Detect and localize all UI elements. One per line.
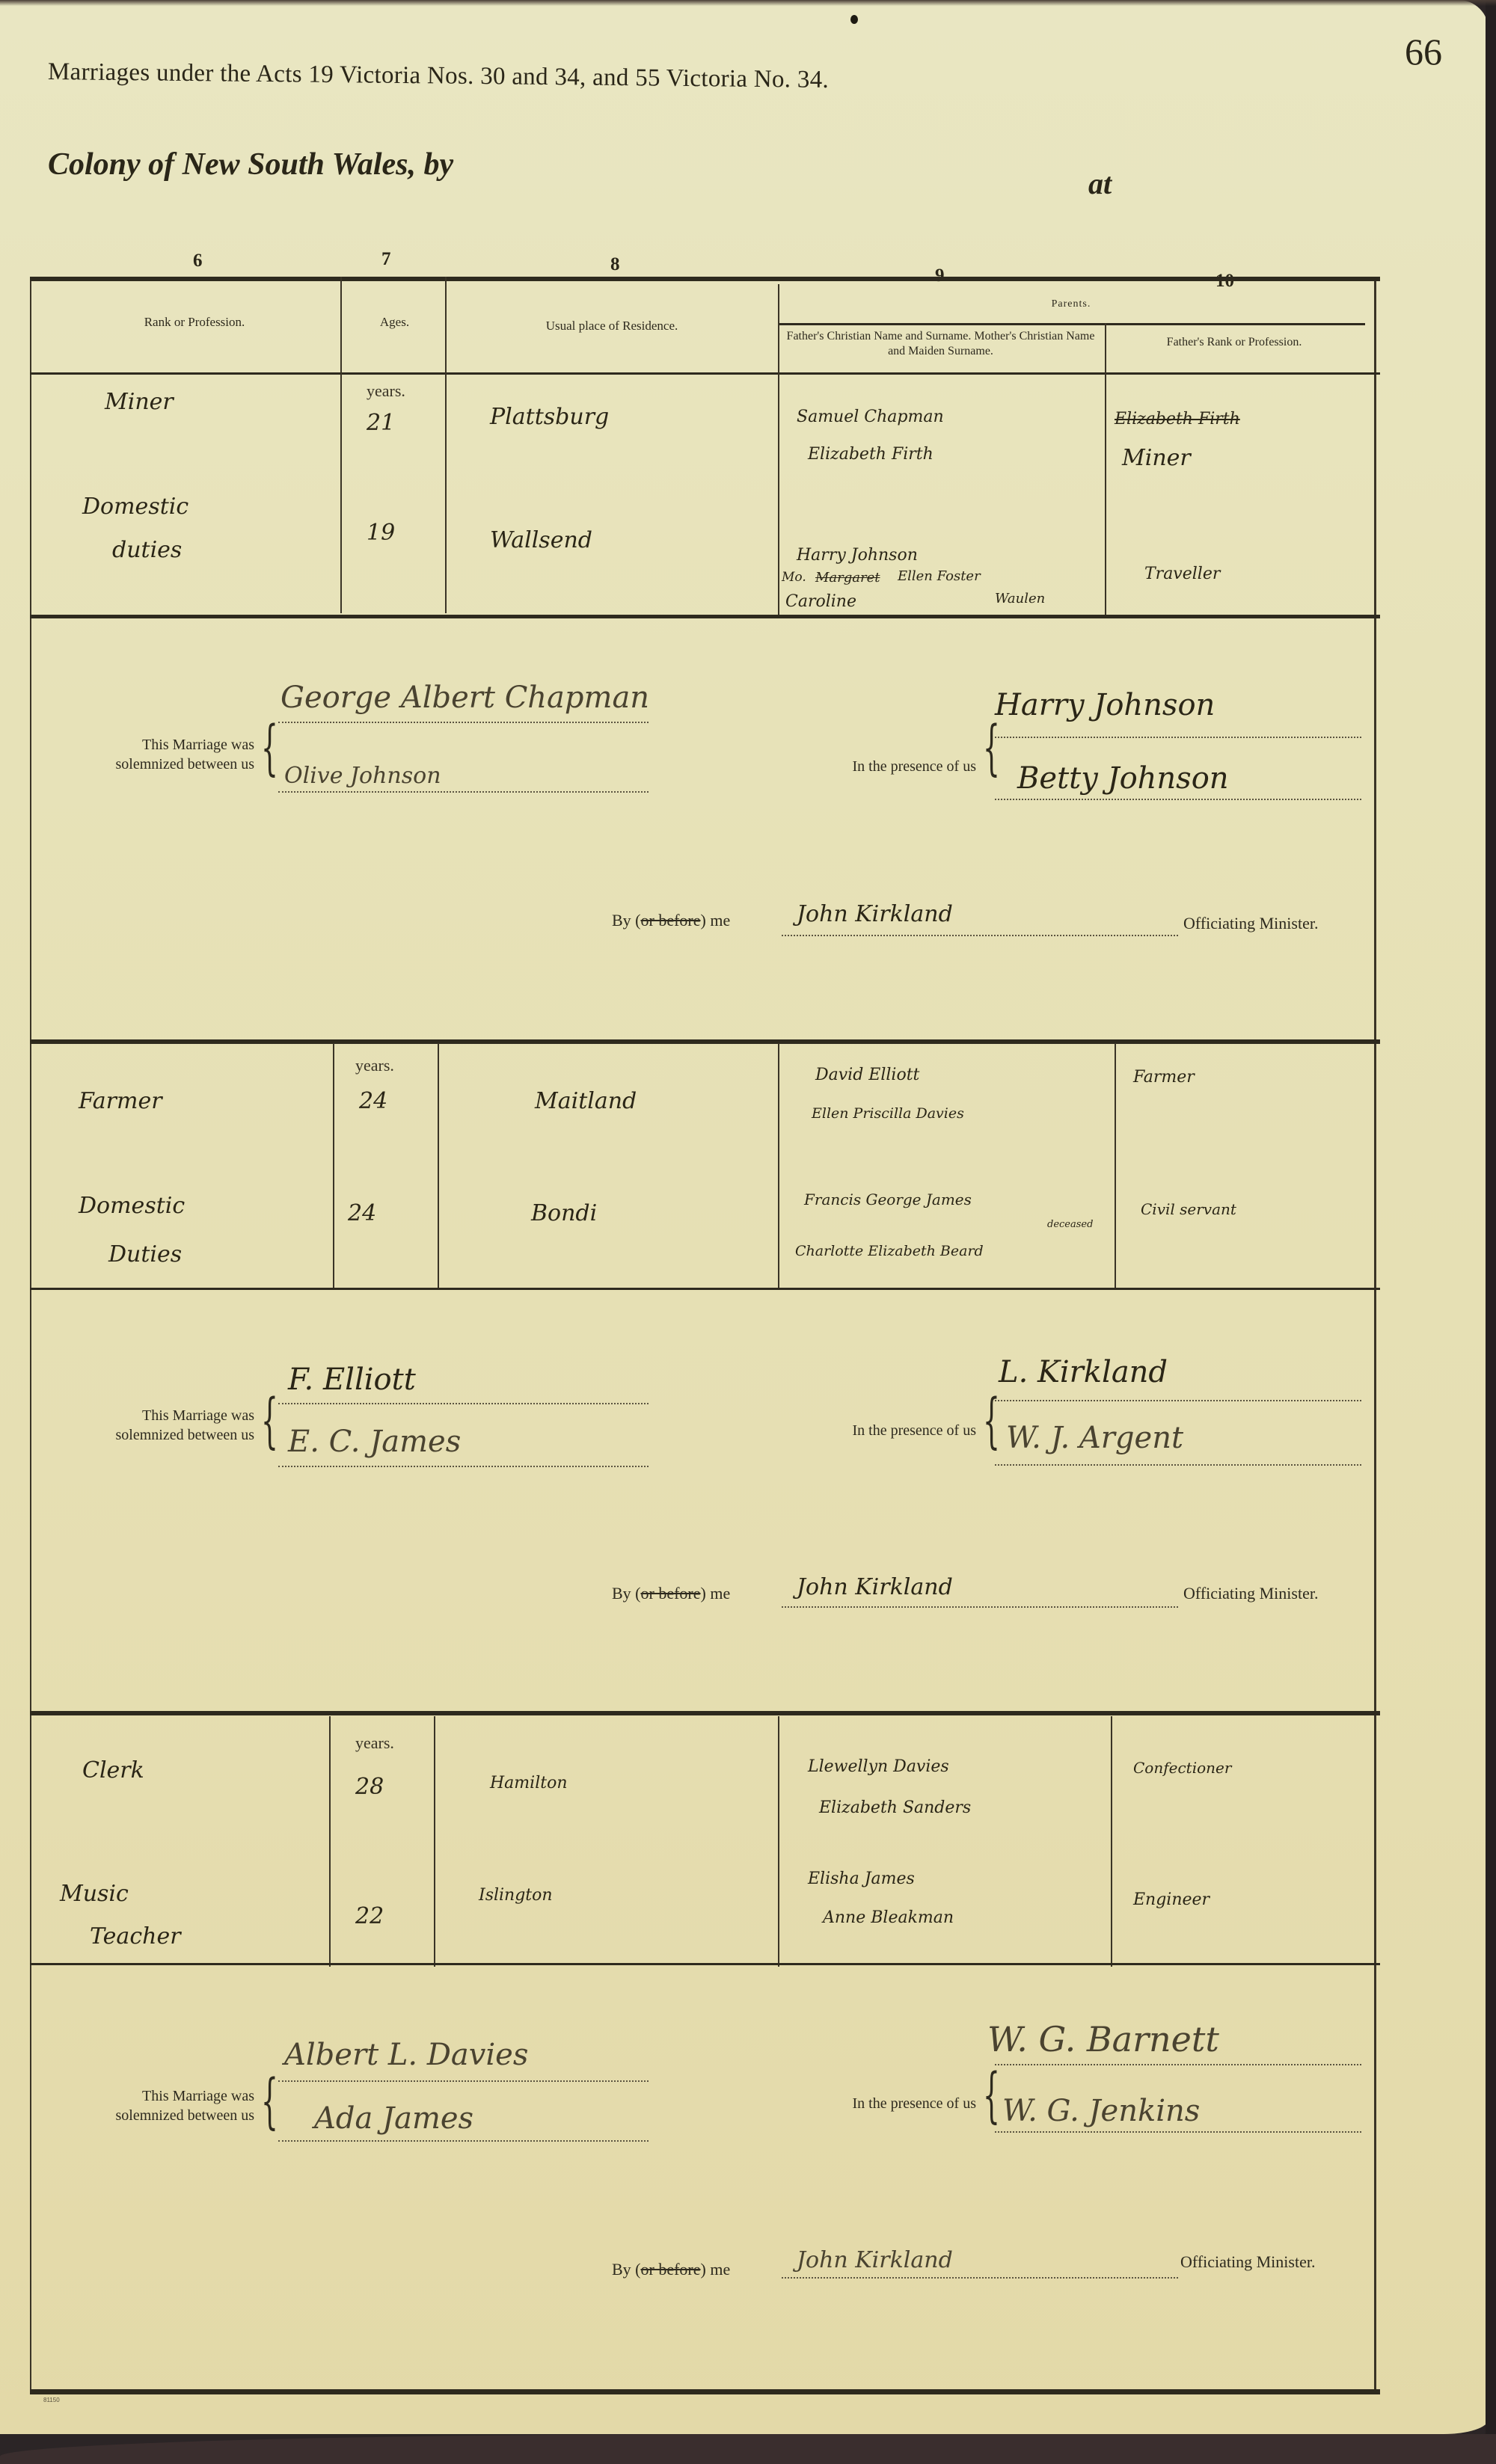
groom-signature: Albert L. Davies	[284, 2038, 528, 2072]
bride-mother-struck: Margaret	[815, 570, 880, 586]
column-divider	[333, 1043, 334, 1290]
witness-2-signature: Betty Johnson	[1017, 761, 1229, 796]
bride-age: 22	[355, 1903, 384, 1929]
column-divider	[778, 284, 779, 617]
header-residence: Usual place of Residence.	[447, 318, 776, 334]
brace-icon: {	[983, 2065, 1000, 2125]
by-prefix: By (	[612, 1584, 641, 1603]
bride-age: 24	[348, 1200, 376, 1226]
signature-line	[278, 1403, 649, 1404]
column-divider	[445, 277, 447, 613]
header-rank-profession: Rank or Profession.	[45, 314, 344, 330]
groom-father-profession: Farmer	[1133, 1068, 1195, 1087]
witness-1-signature: W. G. Barnett	[987, 2019, 1219, 2059]
minister-signature: John Kirkland	[797, 901, 953, 927]
solemnized-label-line1: This Marriage was	[30, 1406, 254, 1425]
entry-divider	[30, 1288, 1380, 1290]
or-before-struck: or before	[641, 2260, 701, 2279]
header-father-profession: Father's Rank or Profession.	[1107, 335, 1361, 350]
at-label: at	[1088, 166, 1112, 201]
bride-father-profession: Traveller	[1144, 565, 1220, 583]
bride-age: 19	[367, 520, 395, 546]
signature-line	[782, 935, 1178, 936]
solemnized-label-line1: This Marriage was	[30, 735, 254, 755]
bride-mother-line1: Ellen Foster	[898, 568, 981, 584]
header-bottom-rule	[30, 372, 1380, 375]
by-suffix: ) me	[701, 911, 731, 930]
register-frame	[30, 277, 1376, 2393]
bride-father-name: Elisha James	[808, 1869, 915, 1888]
officiating-minister-label: Officiating Minister.	[1183, 914, 1318, 933]
bride-mother-line2: Caroline	[785, 592, 856, 611]
groom-profession: Miner	[105, 389, 174, 415]
bride-father-name: Harry Johnson	[797, 546, 918, 565]
register-title: Marriages under the Acts 19 Victoria Nos…	[48, 58, 829, 94]
signature-line	[278, 722, 649, 723]
signature-line	[278, 2080, 649, 2082]
bride-residence: Bondi	[531, 1200, 597, 1226]
bride-father-profession: Civil servant	[1141, 1200, 1236, 1218]
header-parents: Parents.	[779, 298, 1363, 311]
years-label: years.	[355, 1056, 394, 1075]
signature-line	[278, 1466, 649, 1467]
bride-signature: Olive Johnson	[284, 763, 441, 789]
column-divider	[329, 1716, 331, 1967]
by-me-label: By (or before) me	[612, 2260, 730, 2279]
solemnized-label-line1: This Marriage was	[30, 2086, 254, 2106]
book-spine-shadow	[1486, 0, 1496, 2464]
by-me-label: By (or before) me	[612, 1584, 730, 1603]
groom-age: 21	[367, 410, 395, 436]
by-prefix: By (	[612, 2260, 641, 2279]
bride-signature: E. C. James	[288, 1425, 461, 1459]
entry-divider	[30, 1963, 1380, 1965]
bride-profession-line2: duties	[112, 537, 182, 563]
presence-label: In the presence of us	[755, 2094, 976, 2113]
groom-profession: Clerk	[82, 1757, 144, 1784]
witness-1-signature: Harry Johnson	[995, 688, 1215, 722]
solemnized-label: This Marriage was solemnized between us	[30, 735, 254, 774]
column-divider	[778, 1043, 779, 1290]
years-label: years.	[367, 381, 405, 401]
groom-age: 24	[359, 1088, 387, 1114]
column-divider	[340, 277, 342, 613]
bride-father-note: deceased	[1047, 1219, 1093, 1230]
groom-profession: Farmer	[79, 1088, 162, 1114]
ink-dot	[850, 15, 858, 24]
column-number-6: 6	[193, 251, 203, 271]
groom-mother-name: Elizabeth Firth	[808, 445, 934, 464]
printer-mark: 81150	[43, 2397, 60, 2403]
solemnized-label: This Marriage was solemnized between us	[30, 1406, 254, 1445]
witness-1-signature: L. Kirkland	[999, 1355, 1168, 1389]
minister-signature: John Kirkland	[797, 2247, 953, 2273]
column-divider	[1111, 1716, 1112, 1967]
bride-profession-line1: Domestic	[79, 1193, 185, 1219]
presence-label: In the presence of us	[755, 1421, 976, 1440]
brace-icon: {	[261, 1391, 278, 1451]
minister-signature: John Kirkland	[797, 1574, 953, 1600]
signature-line	[995, 2064, 1361, 2065]
bride-profession-line1: Music	[60, 1881, 129, 1907]
header-parents-names: Father's Christian Name and Surname. Mot…	[782, 329, 1100, 359]
column-number-8: 8	[610, 254, 620, 275]
groom-mother-name: Ellen Priscilla Davies	[812, 1105, 964, 1122]
by-suffix: ) me	[701, 2260, 731, 2279]
brace-icon: {	[983, 718, 1000, 778]
bride-father-profession: Engineer	[1133, 1890, 1210, 1909]
or-before-struck: or before	[641, 911, 701, 930]
or-before-struck: or before	[641, 1584, 701, 1603]
groom-mother-name: Elizabeth Sanders	[819, 1798, 971, 1817]
groom-residence: Hamilton	[490, 1774, 568, 1792]
groom-father-profession-struck: Elizabeth Firth	[1115, 410, 1240, 428]
groom-residence: Plattsburg	[490, 404, 609, 430]
solemnized-label-line2: solemnized between us	[30, 755, 254, 774]
bride-profession-line2: Duties	[108, 1241, 182, 1268]
brace-icon: {	[261, 718, 278, 778]
presence-label: In the presence of us	[755, 757, 976, 776]
signature-line	[995, 1400, 1361, 1401]
signature-line	[782, 1606, 1178, 1608]
bride-profession-line2: Teacher	[90, 1923, 181, 1950]
signature-line	[278, 791, 649, 793]
groom-signature: George Albert Chapman	[280, 680, 649, 715]
groom-signature: F. Elliott	[288, 1362, 416, 1397]
page-number: 66	[1405, 30, 1442, 73]
column-divider	[438, 1043, 439, 1290]
by-prefix: By (	[612, 911, 641, 930]
header-top-rule	[30, 277, 1380, 281]
groom-age: 28	[355, 1774, 384, 1800]
book-edge-background	[0, 2434, 1496, 2464]
groom-father-name: Samuel Chapman	[797, 408, 944, 426]
parents-divider	[778, 323, 1365, 325]
bride-signature: Ada James	[314, 2101, 473, 2136]
register-bottom-rule	[30, 2389, 1380, 2394]
signature-line	[995, 799, 1361, 800]
signature-line	[995, 1464, 1361, 1466]
groom-father-name: David Elliott	[815, 1066, 919, 1084]
entry-divider	[30, 615, 1380, 618]
years-label: years.	[355, 1733, 394, 1753]
entry-divider	[30, 1039, 1380, 1044]
groom-father-profession: Confectioner	[1133, 1759, 1231, 1777]
bride-father-name: Francis George James	[804, 1190, 972, 1208]
header-ages: Ages.	[344, 314, 445, 330]
by-me-label: By (or before) me	[612, 911, 730, 930]
solemnized-label-line2: solemnized between us	[30, 2106, 254, 2125]
signature-line	[995, 2131, 1361, 2133]
bride-mother-prefix: Mo.	[782, 570, 806, 585]
page-top-shadow	[0, 0, 1496, 6]
entry-divider	[30, 1711, 1380, 1715]
column-divider	[1105, 323, 1106, 618]
solemnized-label: This Marriage was solemnized between us	[30, 2086, 254, 2125]
register-page: Marriages under the Acts 19 Victoria Nos…	[0, 0, 1489, 2434]
bride-mother-line2b: Waulen	[995, 591, 1045, 606]
solemnized-label-line2: solemnized between us	[30, 1425, 254, 1445]
groom-father-name: Llewellyn Davies	[808, 1757, 949, 1776]
bride-residence: Islington	[479, 1886, 553, 1905]
bride-mother-name: Charlotte Elizabeth Beard	[795, 1243, 984, 1259]
witness-2-signature: W. G. Jenkins	[1002, 2094, 1200, 2128]
column-divider	[778, 1716, 779, 1967]
witness-2-signature: W. J. Argent	[1006, 1421, 1183, 1455]
bride-residence: Wallsend	[490, 527, 592, 553]
signature-line	[782, 2277, 1178, 2279]
bride-profession-line1: Domestic	[82, 494, 188, 520]
column-divider	[434, 1716, 435, 1967]
signature-line	[995, 737, 1361, 738]
officiating-minister-label: Officiating Minister.	[1180, 2252, 1315, 2272]
groom-residence: Maitland	[535, 1088, 637, 1114]
officiating-minister-label: Officiating Minister.	[1183, 1584, 1318, 1603]
by-suffix: ) me	[701, 1584, 731, 1603]
brace-icon: {	[261, 2071, 278, 2131]
bride-mother-name: Anne Bleakman	[823, 1908, 954, 1927]
column-divider	[1115, 1043, 1116, 1290]
column-number-7: 7	[381, 249, 391, 270]
colony-line: Colony of New South Wales, by	[48, 147, 453, 182]
signature-line	[278, 2140, 649, 2142]
groom-father-profession: Miner	[1122, 445, 1191, 471]
